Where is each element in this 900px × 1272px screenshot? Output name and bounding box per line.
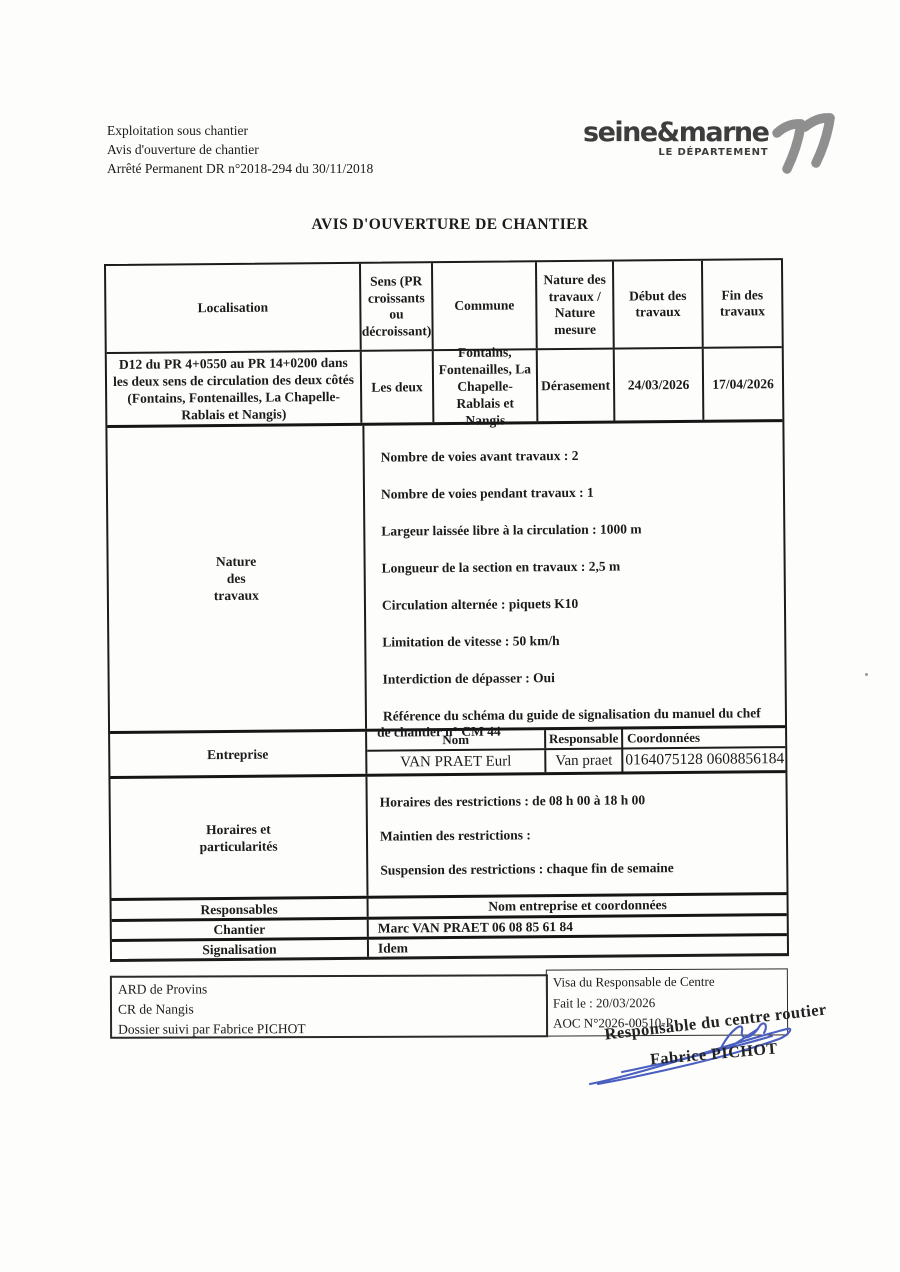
reference-line: Avis d'ouverture de chantier — [107, 140, 373, 159]
section-horaires: Horaires et particularités Horaires des … — [110, 770, 786, 898]
entreprise-header-responsable: Responsable — [544, 730, 621, 749]
chantier-table: Localisation Sens (PR croissants ou décr… — [104, 258, 789, 962]
signalisation-label: Signalisation — [112, 940, 367, 959]
nature-line: Limitation de vitesse : 50 km/h — [376, 631, 776, 650]
header-sens: Sens (PR croissants ou décroissant) — [359, 263, 432, 350]
service-info-box: ARD de Provins CR de Nangis Dossier suiv… — [110, 974, 548, 1039]
chantier-label: Chantier — [112, 920, 367, 939]
cell-sens: Les deux — [360, 351, 433, 423]
logo-tagline-text: LE DÉPARTEMENT — [658, 147, 768, 158]
cell-nature: Dérasement — [536, 350, 614, 422]
logo-brand-text: seine&marne — [583, 118, 768, 148]
header-fin: Fin des travaux — [701, 260, 782, 347]
horaires-line: Horaires des restrictions : de 08 h 00 à… — [380, 791, 778, 810]
responsables-label: Responsables — [112, 899, 367, 919]
entreprise-header-coordonnees: Coordonnées — [621, 728, 785, 747]
nature-line: Nombre de voies avant travaux : 2 — [375, 446, 775, 465]
cell-fin: 17/04/2026 — [702, 348, 783, 420]
table-header-row: Localisation Sens (PR croissants ou décr… — [106, 260, 782, 352]
responsables-header: Nom entreprise et coordonnées — [367, 895, 787, 917]
service-line: CR de Nangis — [118, 998, 540, 1019]
logo-text: seine&marne LE DÉPARTEMENT — [583, 118, 768, 158]
nature-line: Longueur de la section en travaux : 2,5 … — [376, 557, 776, 576]
nature-line: Interdiction de dépasser : Oui — [377, 668, 777, 687]
horaires-label: Horaires et particularités — [110, 777, 366, 898]
seine-et-marne-logo: seine&marne LE DÉPARTEMENT — [583, 118, 844, 178]
section-nature-travaux: Nature des travaux Nombre de voies avant… — [107, 419, 785, 731]
nature-travaux-content: Nombre de voies avant travaux : 2 Nombre… — [362, 422, 785, 729]
nature-travaux-label-text: Nature des travaux — [205, 553, 267, 605]
cell-localisation: D12 du PR 4+0550 au PR 14+0200 dans les … — [107, 352, 361, 425]
nature-line: Circulation alternée : piquets K10 — [376, 594, 776, 613]
visa-line: Visa du Responsable de Centre — [553, 971, 781, 993]
cell-commune: Fontains, Fontenailles, La Chapelle-Rabl… — [432, 350, 537, 422]
section-entreprise: Entreprise Nom Responsable Coordonnées V… — [110, 725, 785, 776]
signalisation-value: Idem — [367, 936, 787, 957]
entreprise-content: Nom Responsable Coordonnées VAN PRAET Eu… — [365, 728, 785, 774]
horaires-label-text: Horaires et particularités — [183, 820, 293, 855]
entreprise-coordonnees: 0164075128 0608856184 — [621, 748, 785, 771]
reference-line: Arrêté Permanent DR n°2018-294 du 30/11/… — [107, 159, 373, 178]
header-debut: Début des travaux — [612, 261, 702, 348]
header-localisation: Localisation — [106, 264, 360, 352]
entreprise-label: Entreprise — [110, 732, 365, 776]
reference-line: Exploitation sous chantier — [107, 121, 373, 140]
service-line: Dossier suivi par Fabrice PICHOT — [118, 1018, 540, 1039]
page-title: AVIS D'OUVERTURE DE CHANTIER — [0, 216, 900, 234]
entreprise-nom: VAN PRAET Eurl — [367, 750, 544, 774]
cell-debut: 24/03/2026 — [613, 349, 703, 421]
entreprise-responsable: Van praet — [544, 750, 621, 773]
scan-speck — [865, 673, 868, 676]
header-nature: Nature des travaux / Nature mesure — [535, 262, 613, 349]
horaires-content: Horaires des restrictions : de 08 h 00 à… — [365, 773, 786, 896]
nature-line: Largeur laissée libre à la circulation :… — [375, 520, 775, 539]
table-data-row: D12 du PR 4+0550 au PR 14+0200 dans les … — [107, 346, 783, 425]
entreprise-header-nom: Nom — [367, 730, 544, 750]
service-line: ARD de Provins — [118, 978, 540, 999]
nature-line: Nombre de voies pendant travaux : 1 — [375, 483, 775, 502]
entreprise-value-row: VAN PRAET Eurl Van praet 0164075128 0608… — [367, 748, 785, 774]
header-commune: Commune — [431, 262, 536, 349]
horaires-line: Suspension des restrictions : chaque fin… — [380, 859, 778, 878]
nature-travaux-label: Nature des travaux — [107, 426, 365, 731]
horaires-line: Maintien des restrictions : — [380, 825, 778, 844]
document-reference-block: Exploitation sous chantier Avis d'ouvert… — [107, 121, 373, 178]
logo-77-icon — [772, 112, 844, 178]
